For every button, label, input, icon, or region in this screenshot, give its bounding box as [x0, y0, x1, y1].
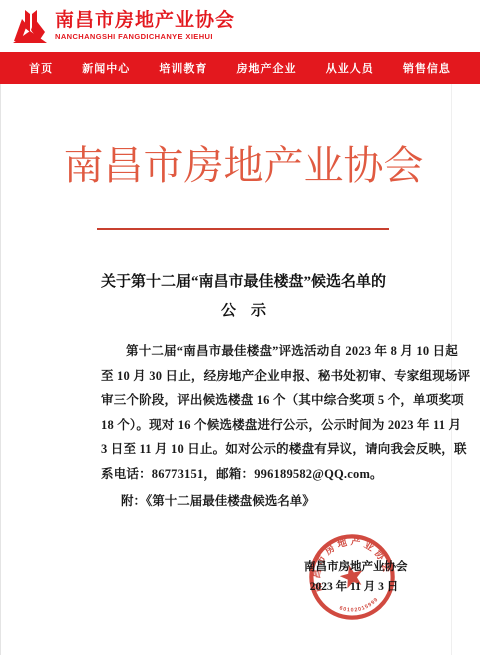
nav-item-practitioners[interactable]: 从业人员 [326, 60, 374, 76]
nav-item-home[interactable]: 首页 [29, 60, 53, 76]
page: 南昌市房地产业协会 NANCHANGSHI FANGDICHANYE XIEHU… [0, 0, 480, 655]
body-line: 至 10 月 30 日止，经房地产企业申报、秘书处初审、专家组现场评 [101, 364, 401, 389]
body-line: 系电话：86773151，邮箱：996189582@QQ.com。 [101, 462, 401, 487]
signature-date: 2023 年 11 月 3 日 [304, 578, 404, 594]
document-title-line1: 关于第十二届“南昌市最佳楼盘”候选名单的 [61, 268, 426, 297]
body-line: 审三个阶段，评出候选楼盘 16 个（其中综合奖项 5 个，单项奖项 [101, 388, 401, 413]
body-line: 18 个）。现对 16 个候选楼盘进行公示，公示时间为 2023 年 11 月 [101, 413, 401, 438]
document-body: 第十二届“南昌市最佳楼盘”评选活动自 2023 年 8 月 10 日起 至 10… [101, 339, 401, 487]
main-nav: 首页 新闻中心 培训教育 房地产企业 从业人员 销售信息 [0, 52, 480, 84]
document-org-title: 南昌市房地产业协会 [1, 134, 480, 191]
nav-item-sales-info[interactable]: 销售信息 [403, 60, 451, 76]
nav-item-training[interactable]: 培训教育 [159, 60, 207, 76]
red-divider-line [97, 228, 389, 230]
association-logo-icon[interactable] [12, 5, 48, 47]
nav-item-news[interactable]: 新闻中心 [82, 60, 130, 76]
attachment-line: 附：《第十二届最佳楼盘候选名单》 [121, 491, 315, 509]
body-line: 3 日至 11 月 10 日止。如对公示的楼盘有异议，请向我会反映，联 [101, 437, 401, 462]
site-header: 南昌市房地产业协会 NANCHANGSHI FANGDICHANYE XIEHU… [0, 0, 480, 52]
nav-item-enterprises[interactable]: 房地产企业 [237, 60, 297, 76]
official-seal: 南昌市房地产业协会 3601020159992 [296, 521, 408, 633]
scanned-document: 南昌市房地产业协会 关于第十二届“南昌市最佳楼盘”候选名单的 公 示 第十二届“… [0, 84, 480, 655]
brand-name-cn: 南昌市房地产业协会 [55, 10, 235, 32]
brand-name-en: NANCHANGSHI FANGDICHANYE XIEHUI [55, 32, 235, 42]
signature-org: 南昌市房地产业协会 [304, 558, 402, 574]
brand-text: 南昌市房地产业协会 NANCHANGSHI FANGDICHANYE XIEHU… [55, 10, 235, 42]
body-line: 第十二届“南昌市最佳楼盘”评选活动自 2023 年 8 月 10 日起 [101, 339, 401, 364]
document-title: 关于第十二届“南昌市最佳楼盘”候选名单的 公 示 [61, 268, 426, 326]
document-title-line2: 公 示 [61, 297, 426, 326]
